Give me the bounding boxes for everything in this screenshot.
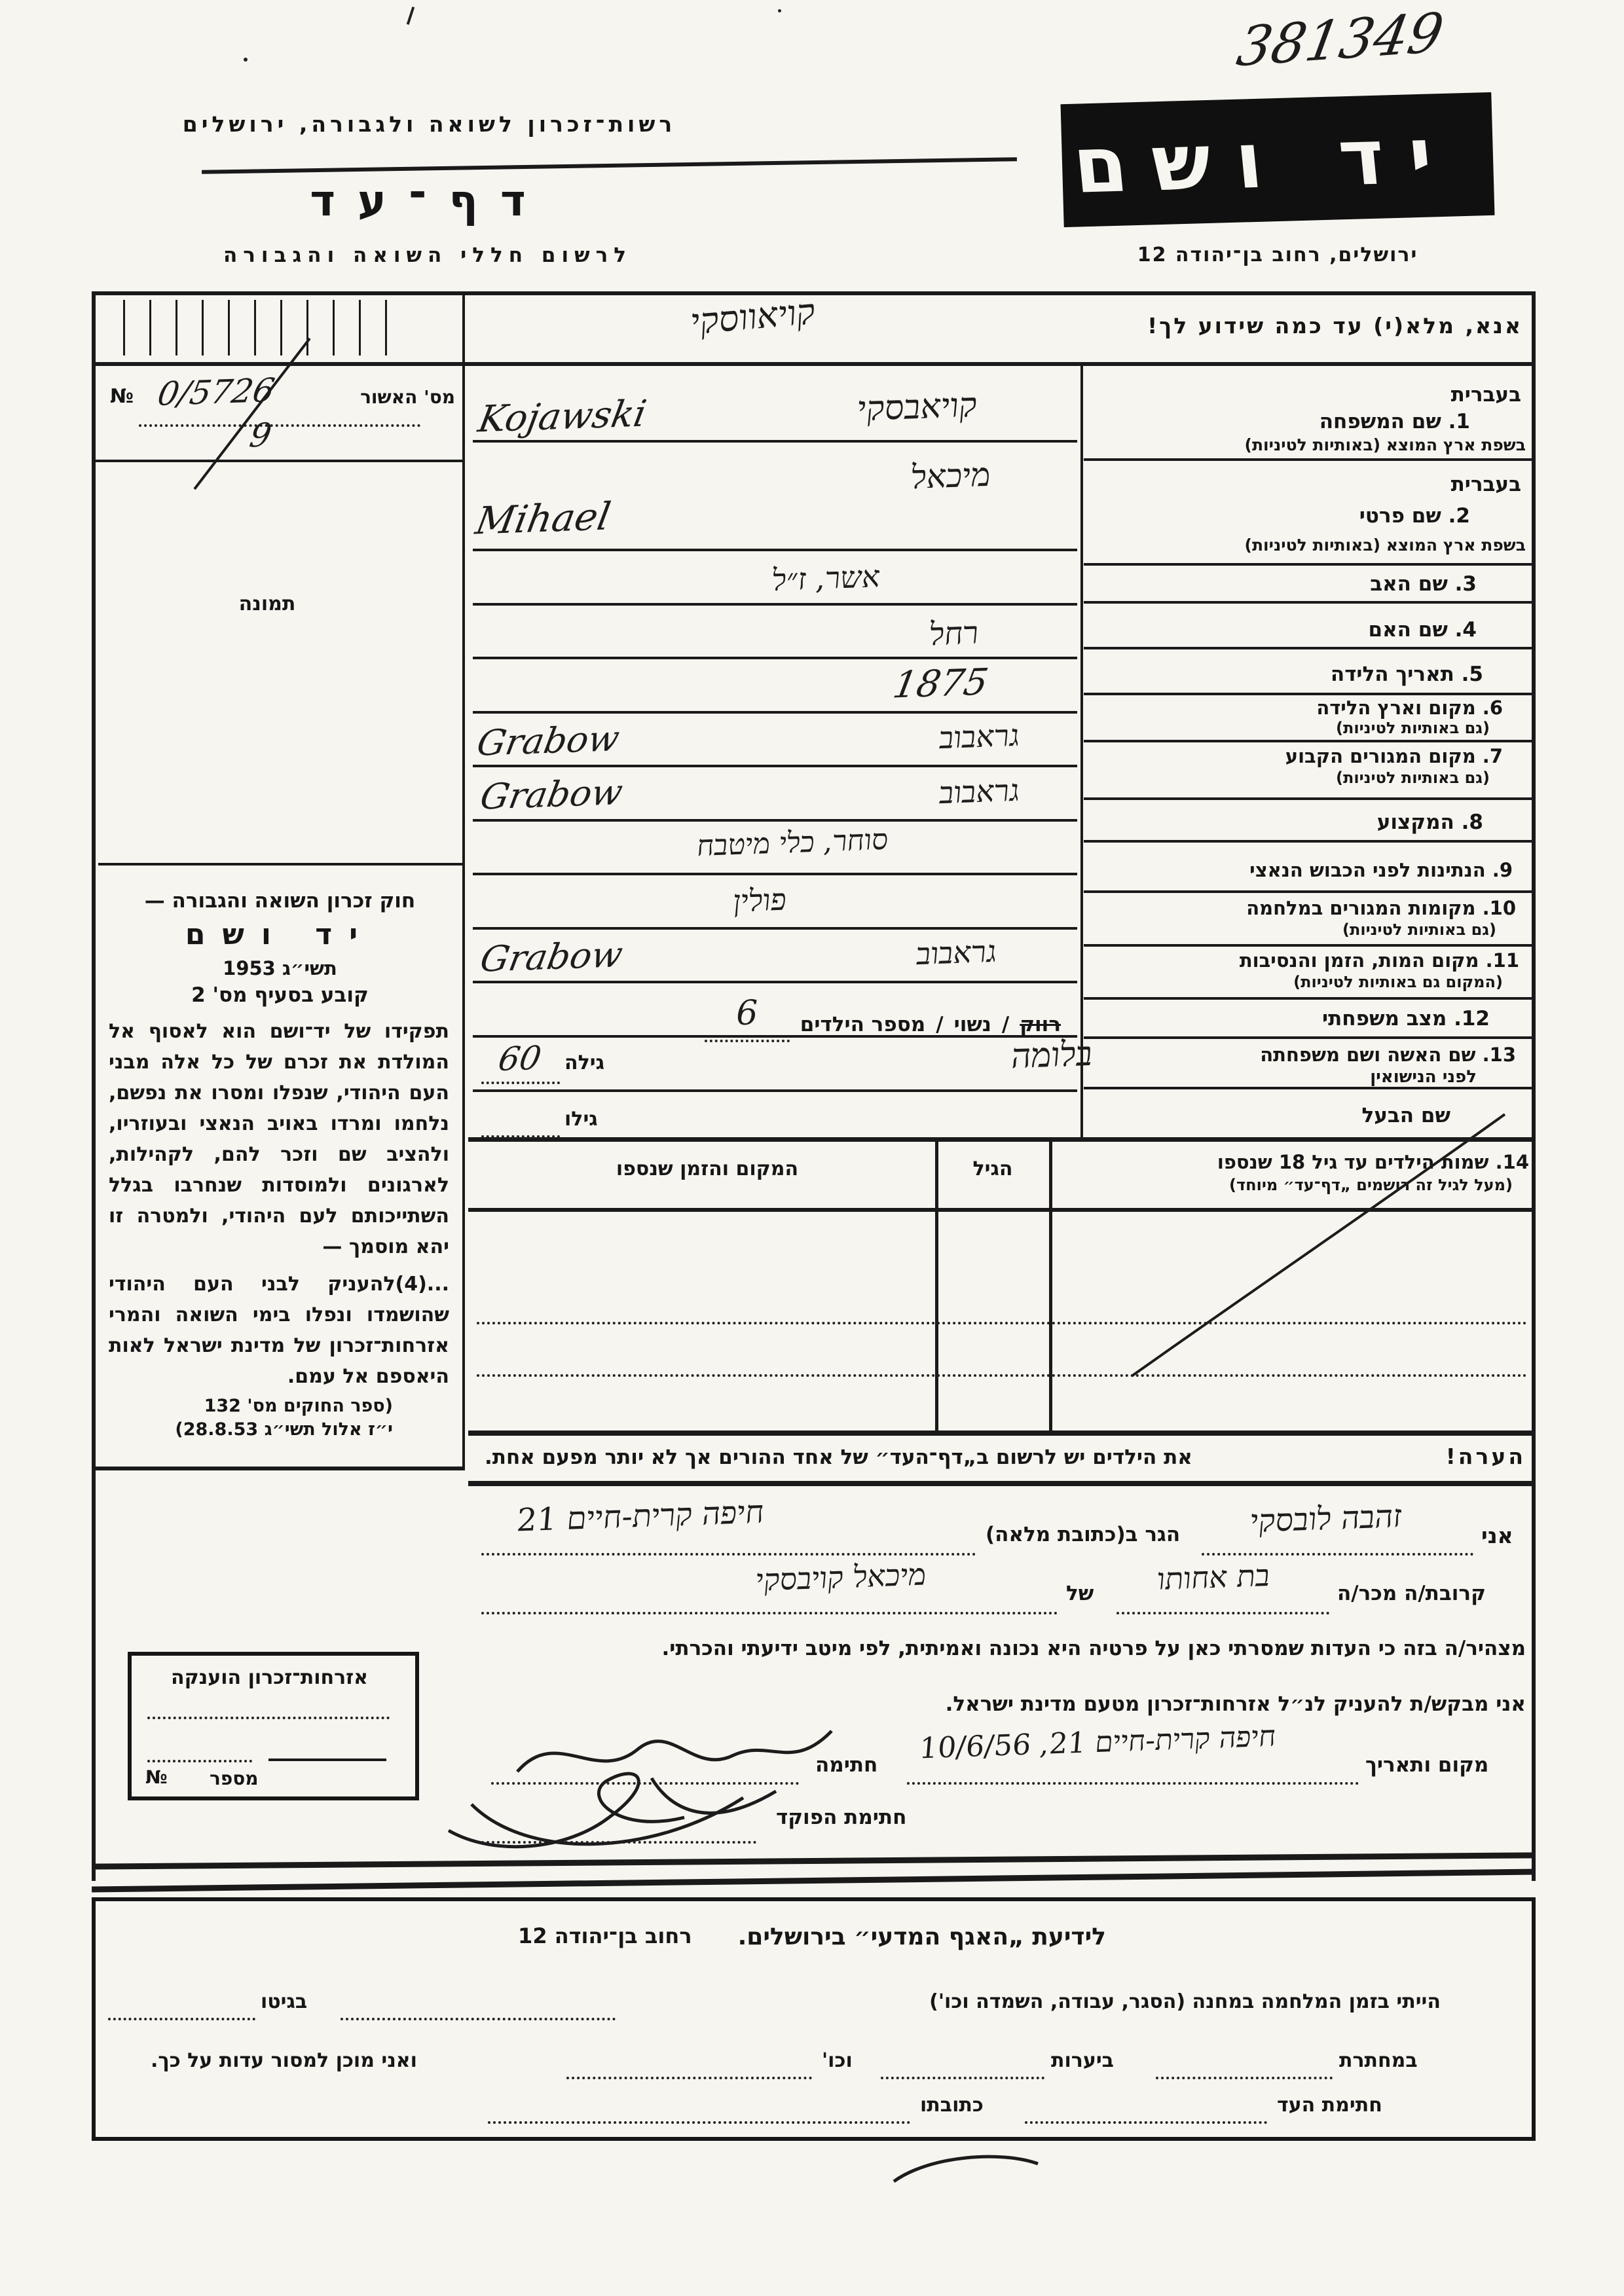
field2-sub-label: בשפת ארץ המוצא (באותיות לטיניות) [1084, 536, 1526, 555]
decl-i-label: אני [1481, 1523, 1513, 1548]
citizenship-solid-line [268, 1758, 386, 1761]
scan-speck [407, 7, 415, 25]
law-ref-2: י״ז אלול תשי״ג 28.8.53) [118, 1419, 393, 1440]
law-title-section: קובע בסעיף מס' 2 [111, 983, 449, 1007]
decl-statement: מצהיר/ה בזה כי העדות שמסרתי כאן על פרטיה… [478, 1637, 1526, 1660]
scan-speck [244, 58, 248, 62]
field13-label: 13. שם האשה ושם משפחתה [1084, 1044, 1516, 1066]
law-box-top-rule [98, 863, 462, 866]
decl-relation-handwritten: בת אחותו [1156, 1558, 1272, 1597]
write-line-13 [473, 1089, 1077, 1092]
label-sep-8 [1084, 840, 1532, 843]
field10-sub-label: (גם באותיות לטיניות) [1084, 920, 1496, 939]
write-line-8 [473, 873, 1077, 875]
decl-place-date-handwritten: חיפה קרית-חיים 21, 10/6/56 [918, 1720, 1278, 1766]
label-sep-4 [1084, 647, 1532, 649]
logo-address: ירושלים, רחוב בן־יהודה 12 [1062, 244, 1493, 266]
field3-label: 3. שם האב [1084, 572, 1477, 596]
label-sep-6 [1084, 740, 1532, 742]
citizenship-box-title: אזרחות־זכרון הוענקה [134, 1666, 405, 1689]
write-line-7 [473, 819, 1077, 822]
field2-value-latin: Mihael [472, 494, 614, 543]
status-slash-2: / [936, 1013, 943, 1036]
law-title-year: תשי״ג 1953 [111, 957, 449, 979]
table-vline-age-right [1049, 1137, 1052, 1430]
field6-label: 6. מקום וארץ הלידה [1084, 697, 1503, 719]
label-sep-5 [1084, 693, 1532, 695]
field11-sub-label: (המקום גם באותיות לטיניות) [1084, 973, 1503, 991]
write-line-3 [473, 603, 1077, 606]
bottom-line3-dotted-1 [1025, 2121, 1267, 2124]
field4-value-hebrew: רחל [928, 615, 980, 653]
header-rule [202, 157, 1017, 174]
photo-label: תמונה [215, 592, 320, 615]
note-bottom-rule [468, 1481, 1533, 1486]
field12-label: 12. מצב משפחתי [1084, 1007, 1490, 1030]
bottom-line1-dotted-2 [108, 2018, 255, 2020]
field6-value-latin: Grabow [474, 718, 623, 763]
yad-vashem-logo: יד ושם [1061, 92, 1495, 227]
husband-age-label: גילו [564, 1108, 598, 1131]
label-column-divider [1080, 366, 1083, 1139]
label-sep-3 [1084, 601, 1532, 604]
wife-age-label: גילה [564, 1051, 604, 1074]
bottom-line1-dotted-1 [341, 2018, 616, 2020]
citizenship-dotted-1 [147, 1717, 390, 1719]
label-sep-1 [1084, 458, 1532, 461]
field10-value-latin: Grabow [477, 934, 626, 979]
decl-related-name-dotted [481, 1612, 1058, 1614]
law-title-yad-vashem: יד ושם [111, 918, 449, 951]
bottom-section-title: לידיעת „האגף המדעי״ בירושלים. [738, 1923, 1106, 1950]
field2-value-hebrew: מיכאל [910, 456, 992, 496]
field2-pre-label: בעברית [1084, 473, 1521, 496]
table-vline-age-left [935, 1137, 938, 1430]
scan-stroke-bottom [891, 2147, 1041, 2187]
label-sep-2 [1084, 563, 1532, 566]
write-line-4 [473, 657, 1077, 659]
approval-no-sign: № [110, 385, 134, 408]
bottom-section-title-row: לידיעת „האגף המדעי״ בירושלים. רחוב בן־יה… [262, 1923, 1362, 1950]
field1-sub-label: בשפת ארץ המוצא (באותיות לטיניות) [1084, 435, 1526, 454]
field8-value-hebrew: סוחר, כלי מיטבח [695, 823, 890, 863]
bottom-line3-dotted-2 [488, 2121, 910, 2124]
label-sep-12 [1084, 1036, 1532, 1039]
write-line-9 [473, 927, 1077, 930]
bottom-line2-dotted-3 [566, 2077, 812, 2079]
field8-label: 8. המקצוע [1084, 811, 1483, 834]
bottom-line3-witness-sig-label: חתימת העד [1277, 2094, 1382, 2117]
table-col-place-header: המקום והזמן שנספו [498, 1157, 917, 1180]
wife-age-dotted [481, 1082, 560, 1084]
scan-number-handwritten: 381349 [1232, 1, 1448, 79]
status-single-option: רווק [1020, 1013, 1061, 1036]
yad-vashem-logo-text: יד ושם [1069, 109, 1486, 210]
decl-relative-label: קרובת/ה מכר/ה [1337, 1582, 1486, 1605]
field7-value-hebrew: גראבוב [938, 773, 1021, 811]
decl-of-label: של [1066, 1582, 1094, 1605]
field3-value-hebrew: אשר, ז״ל [771, 558, 881, 598]
field4-label: 4. שם האם [1084, 618, 1477, 642]
status-married-option: נשוי [954, 1013, 991, 1036]
bottom-line3-address-label: כתובתו [920, 2094, 984, 2117]
children-count-value: 6 [736, 994, 758, 1033]
bottom-line1-ghetto-label: בגיטו [261, 1990, 307, 2013]
field10-value-hebrew: גראבוב [915, 934, 998, 972]
field5-value: 1875 [890, 661, 991, 707]
approval-bottom-rule [96, 460, 462, 462]
label-sep-10 [1084, 944, 1532, 947]
field6-sub-label: (גם באותיות לטיניות) [1084, 719, 1490, 737]
marital-status-row: רווק / נשוי / מספר הילדים 6 [602, 1000, 1061, 1042]
bottom-line2-dotted-1 [1156, 2077, 1333, 2079]
write-line-5 [473, 711, 1077, 714]
bottom-line2-forests-label: ביערות [1051, 2049, 1114, 2072]
testimony-page-scan: 381349 רשות־זכרון לשואה ולגבורה, ירושלים… [0, 0, 1624, 2296]
decl-residence-label: הגר ב(כתובת מלאה) [986, 1523, 1180, 1546]
write-line-2 [473, 549, 1077, 551]
field10-label: 10. מקומות המגורים במלחמה [1084, 897, 1516, 919]
note-text: את הילדים יש לרשום ב„דף־העד״ של אחד ההור… [485, 1446, 1192, 1469]
decl-related-name-handwritten: מיכאל קויבסקי [754, 1556, 928, 1597]
decl-place-date-label: מקום ותאריך [1365, 1753, 1488, 1777]
plea-text: אנא, מלא(י) עד כמה שידוע לך! [1087, 313, 1522, 338]
note-top-rule [468, 1430, 1533, 1436]
decl-clerk-signature-label: חתימת הפוקד [776, 1806, 906, 1829]
field5-label: 5. תאריך הלידה [1084, 663, 1483, 686]
field2-label: 2. שם פרטי [1084, 504, 1470, 528]
law-title-1: חוק זכרון השואה והגבורה — [111, 889, 449, 913]
law-ref-1: (ספר החוקים מס' 132 [118, 1396, 393, 1416]
decl-address-handwritten: חיפה קרית-חיים 21 [515, 1493, 766, 1539]
field1-value-latin: Kojawski [475, 393, 650, 441]
approval-slash-stroke [187, 331, 318, 498]
form-border-left [92, 291, 96, 1881]
label-sep-7 [1084, 797, 1532, 800]
field1-pre-label: בעברית [1084, 383, 1521, 407]
note-title: הערה! [1446, 1444, 1526, 1469]
field7-value-latin: Grabow [477, 771, 626, 817]
form-subtitle: לרשום חללי השואה והגבורה [175, 244, 680, 267]
bottom-section-title-address: רחוב בן־יהודה 12 [518, 1923, 692, 1950]
citizenship-dotted-2 [147, 1760, 252, 1762]
bottom-line2-dotted-2 [881, 2077, 1044, 2079]
field1-value-hebrew: קויאבסקי [856, 386, 979, 429]
children-count-dotted: 6 [705, 1000, 790, 1042]
field6-value-hebrew: גראבוב [938, 718, 1021, 756]
clerk-signature-stroke [435, 1752, 789, 1863]
decl-place-date-dotted [907, 1782, 1359, 1785]
label-sep-11 [1084, 997, 1532, 1000]
law-body-1: תפקידו של יד־ושם הוא לאסוף אל המולדת את … [109, 1016, 449, 1262]
citizenship-number-label: מספר [210, 1768, 259, 1789]
field9-label: 9. הנתינות לפני הכבוש הנאצי [1084, 859, 1513, 881]
label-sep-13 [1084, 1087, 1532, 1089]
form-border-bottom-2 [92, 1869, 1536, 1893]
decl-address-dotted [481, 1553, 976, 1556]
decl-request: אני מבקש/ת להעניק לנ״ל אזרחות־זכרון מטעם… [720, 1692, 1526, 1716]
table-col-age-header: הגיל [935, 1157, 1050, 1180]
field7-label: 7. מקום המגורים הקבוע [1084, 745, 1503, 767]
field9-value-hebrew: פולין [731, 882, 788, 919]
children-count-label: מספר הילדים [800, 1013, 925, 1036]
note-row: הערה! את הילדים יש לרשום ב„דף־העד״ של אח… [485, 1444, 1526, 1469]
field7-sub-label: (גם באותיות לטיניות) [1084, 769, 1490, 787]
left-column-divider [462, 295, 465, 1470]
field11-label: 11. מקום המות, הזמן והנסיבות [1084, 949, 1519, 972]
bottom-line1-label: הייתי בזמן המלחמה במחנה (הסגר, עבודה, הש… [622, 1990, 1441, 2013]
field13-value-hebrew: בלומה [1010, 1034, 1094, 1076]
citizenship-no-sign: № [145, 1766, 168, 1788]
field1-label: 1. שם המשפחה [1084, 410, 1470, 433]
law-box-bottom-rule [96, 1467, 465, 1470]
bottom-line2-ready-label: ואני מוכן למסור עדות על כך. [151, 2049, 417, 2072]
husband-age-dotted [481, 1135, 560, 1138]
table-diagonal-stroke [1113, 1100, 1519, 1388]
scan-speck [778, 9, 781, 12]
form-border-bottom-1 [92, 1852, 1536, 1869]
authority-title: רשות־זכרון לשואה ולגבורה, ירושלים [156, 111, 703, 137]
wife-age-value: 60 [496, 1039, 544, 1078]
form-title: דף־עד [275, 175, 583, 226]
decl-name-dotted [1202, 1553, 1473, 1556]
write-line-6 [473, 765, 1077, 767]
status-slash-1: / [1002, 1013, 1009, 1036]
surname-handwritten-top: קויאווסקי [690, 290, 817, 342]
write-line-1 [473, 440, 1077, 443]
decl-relation-dotted [1116, 1612, 1329, 1614]
bottom-line2-underground-label: במחתרת [1339, 2049, 1418, 2072]
write-line-10 [473, 981, 1077, 983]
form-border-right [1532, 291, 1536, 1881]
law-body-2: ...(4)להעניק לבני העם היהודי שהושמדו ונפ… [109, 1269, 449, 1392]
field13-sub-label: לפני הנישואין [1084, 1067, 1477, 1087]
bottom-line2-etc-label: וכו' [822, 2049, 853, 2072]
approval-label: מס' האשור [341, 386, 455, 408]
decl-name-handwritten: זהבה לובסקי [1249, 1498, 1403, 1540]
label-sep-9 [1084, 890, 1532, 893]
